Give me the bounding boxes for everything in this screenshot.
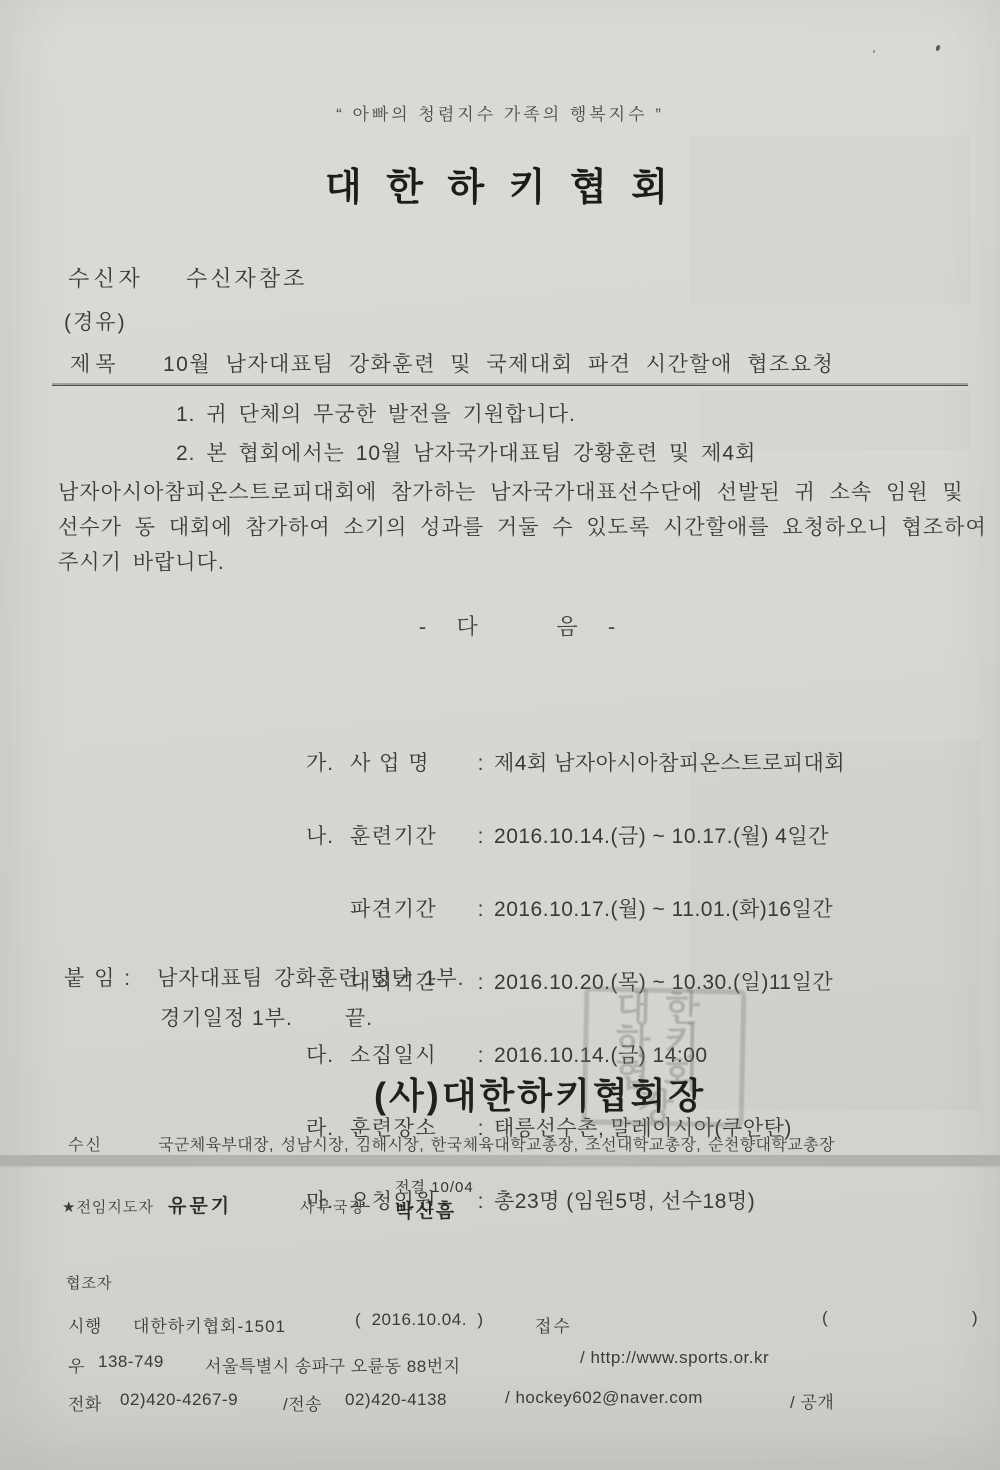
receipt-open-paren: ( (822, 1308, 828, 1328)
detail-key: 파견기간 (350, 891, 468, 928)
subject-label: 제목 (70, 348, 121, 378)
distribution-recipients: 국군체육부대장, 성남시장, 김해시장, 한국체육대학교총장, 조선대학교총장,… (158, 1132, 835, 1155)
email-address: / hockey602@naver.com (505, 1388, 703, 1408)
disclosure-label: / 공개 (790, 1388, 834, 1413)
document-slogan: “ 아빠의 청렴지수 가족의 행복지수 ” (0, 100, 1000, 125)
scan-speck (935, 44, 941, 51)
detail-value: 제4회 남자아시아참피온스트로피대회 (494, 752, 845, 775)
scan-speck (873, 50, 875, 53)
detail-row: 나.훈련기간:2016.10.14.(금) ~ 10.17.(월) 4일간 (265, 781, 845, 818)
website-url: / http://www.sports.or.kr (580, 1348, 769, 1368)
detail-row: 파견기간:2016.10.17.(월) ~ 11.01.(화)16일간 (265, 854, 845, 891)
action-label: 시행 (68, 1312, 102, 1337)
body-line: 남자아시아참피온스트로피대회에 참가하는 남자국가대표선수단에 선발된 귀 소속… (58, 476, 964, 506)
detail-label: 다. (306, 1037, 350, 1074)
secretary-name: 박신흠 (395, 1196, 456, 1223)
street-address: 서울특별시 송파구 오륜동 88번지 (205, 1352, 461, 1377)
fax-number: 02)420-4138 (345, 1390, 447, 1410)
attachment-line: 남자대표팀 강화훈련 명단 1부. (157, 962, 464, 992)
body-line: 선수가 동 대회에 참가하여 소기의 성과를 거둘 수 있도록 시간할애를 요청… (58, 511, 987, 541)
recipient-value: 수신자참조 (186, 262, 307, 293)
distribution-label: 수신 (68, 1132, 103, 1155)
detail-colon: : (468, 818, 494, 855)
zip-label: 우 (68, 1352, 85, 1377)
detail-value: 2016.10.14.(금) ~ 10.17.(월) 4일간 (494, 825, 829, 848)
subject-value: 10월 남자대표팀 강화훈련 및 국제대회 파견 시간할애 협조요청 (163, 348, 834, 378)
receipt-label: 접수 (535, 1312, 572, 1337)
action-date: ( 2016.10.04. ) (355, 1310, 484, 1330)
secretary-role-label: 사무국장 (300, 1196, 366, 1217)
divider-band (0, 1155, 1000, 1166)
detail-colon: : (468, 745, 494, 782)
attachment-line: 경기일정 1부. (160, 1002, 293, 1032)
detail-label: 나. (306, 818, 350, 855)
attachment-end-mark: 끝. (345, 1002, 373, 1032)
detail-label: 가. (306, 745, 350, 782)
cooperator-label: 협조자 (66, 1272, 112, 1293)
detail-row: 가.사 업 명:제4회 남자아시아참피온스트로피대회 (265, 708, 845, 745)
coach-name: 유문기 (168, 1191, 232, 1218)
detail-key: 사 업 명 (350, 745, 468, 782)
approval-note: 전결 10/04 (395, 1176, 474, 1197)
scanned-official-letter: “ 아빠의 청렴지수 가족의 행복지수 ” 대 한 하 키 협 회 수신자 수신… (0, 0, 1000, 1470)
receipt-close-paren: ) (972, 1308, 978, 1328)
subject-underline (52, 383, 968, 386)
section-separator: - 다 음 - (40, 610, 1000, 641)
body-line: 주시기 바랍니다. (58, 546, 225, 576)
document-number: 대한하키협회-1501 (133, 1312, 286, 1337)
body-line: 1. 귀 단체의 무궁한 발전을 기원합니다. (176, 398, 576, 428)
detail-value: 2016.10.17.(월) ~ 11.01.(화)16일간 (494, 898, 833, 921)
detail-colon: : (468, 964, 494, 1001)
recipient-label: 수신자 (68, 262, 144, 293)
zip-code: 138-749 (98, 1352, 164, 1372)
detail-colon: : (468, 891, 494, 928)
phone-label: 전화 (68, 1390, 102, 1415)
fax-label: /전송 (283, 1390, 322, 1415)
detail-row: 대회기간:2016.10.20.(목) ~ 10.30.(일)11일간 (265, 927, 845, 964)
organization-title: 대 한 하 키 협 회 (0, 156, 1000, 211)
attachment-label: 붙 임 : (64, 962, 132, 992)
body-line: 2. 본 협회에서는 10월 남자국가대표팀 강황훈련 및 제4회 (176, 437, 756, 467)
detail-value: 총23명 (임원5명, 선수18명) (494, 1190, 755, 1213)
via-label: (경유) (64, 306, 127, 336)
detail-key: 훈련기간 (350, 818, 468, 855)
phone-number: 02)420-4267-9 (120, 1390, 238, 1410)
coach-role-label: ★전임지도자 (62, 1196, 154, 1217)
signer-title: (사)대한하키협회장 (374, 1068, 706, 1119)
